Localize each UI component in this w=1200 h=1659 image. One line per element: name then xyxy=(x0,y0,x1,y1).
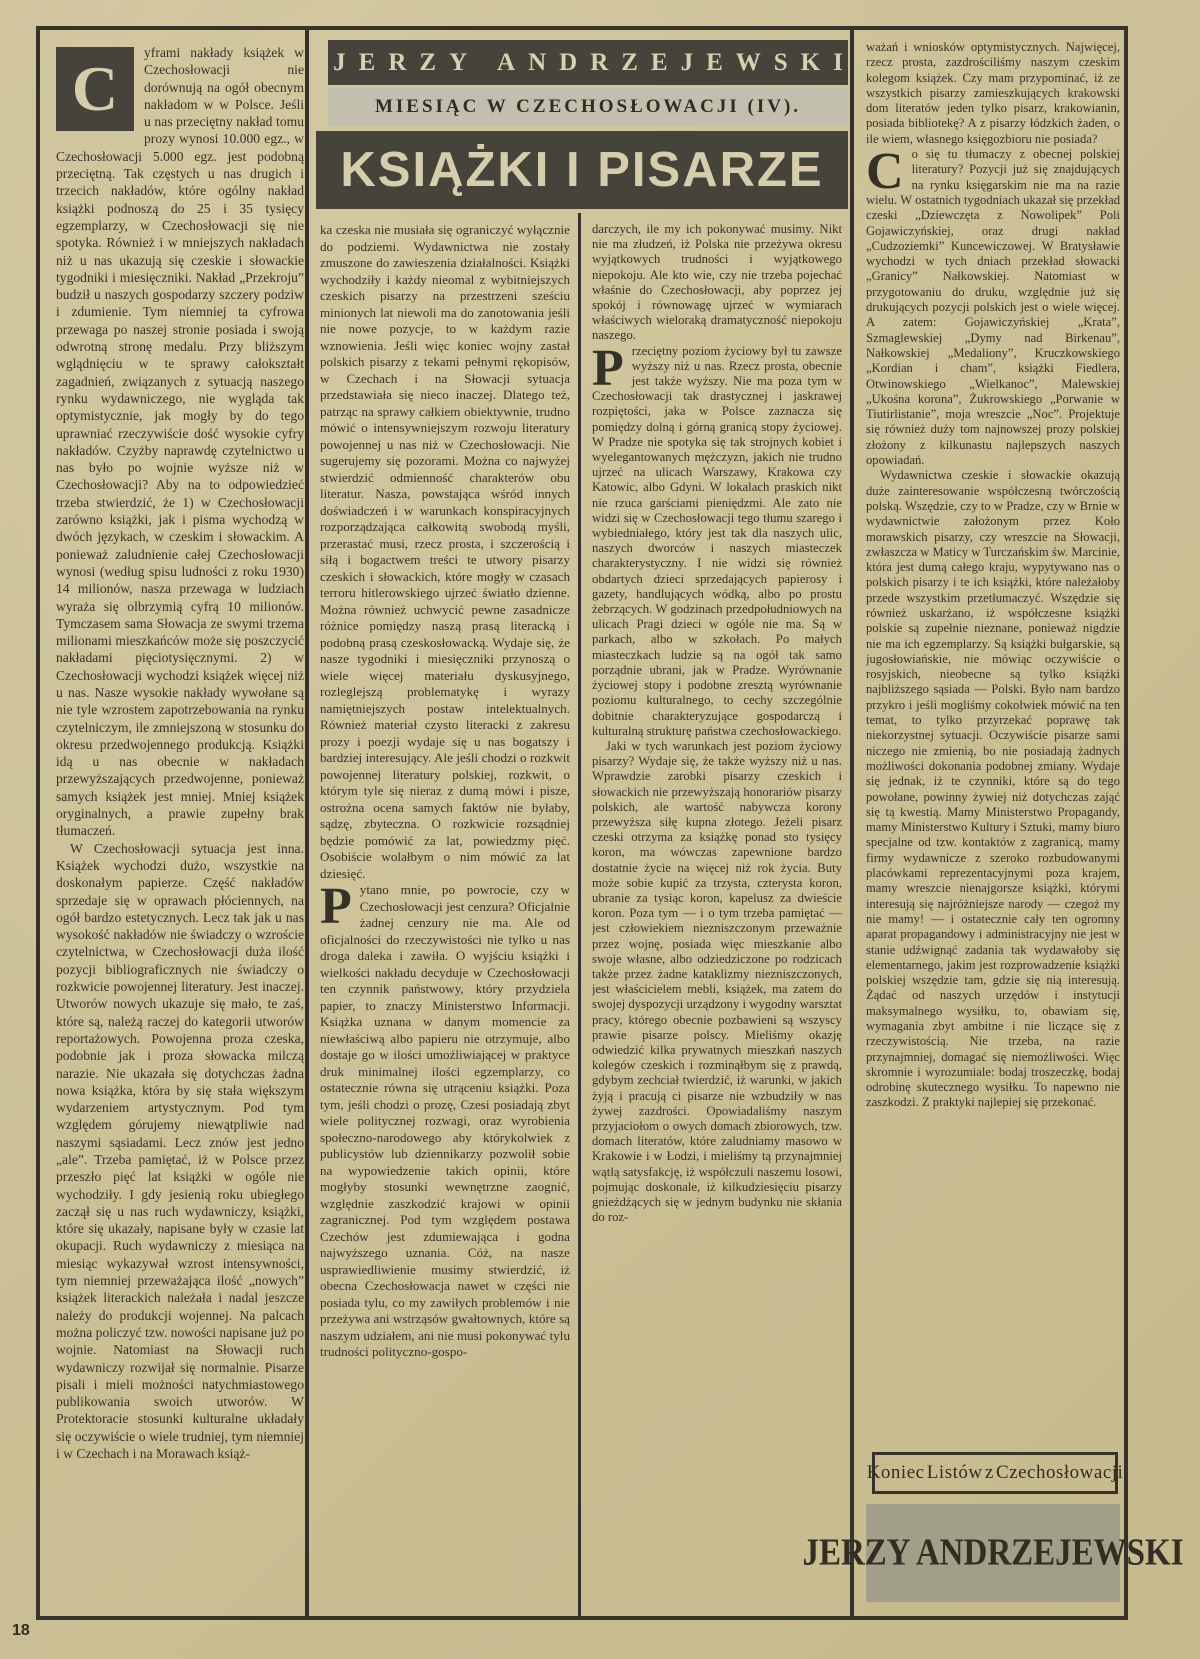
signature-box: JERZY ANDRZEJEWSKI xyxy=(866,1504,1120,1602)
paragraph-text: yframi nakłady książek w Czechosłowacji … xyxy=(56,45,304,838)
paragraph: ważań i wniosków optymistycznych. Najwię… xyxy=(866,40,1120,147)
paragraph: Wydawnictwa czeskie i słowackie okazują … xyxy=(866,468,1120,1110)
column-2: ka czeska nie musiała się ograniczyć wył… xyxy=(320,222,570,1608)
paragraph-text: rzeciętny poziom życiowy był tu zawsze w… xyxy=(592,344,842,738)
masthead-author: JERZY ANDRZEJEWSKI xyxy=(320,49,856,77)
paragraph: W Czechosłowacji sytuacja jest inna. Ksi… xyxy=(56,840,304,1463)
masthead-author-band: JERZY ANDRZEJEWSKI xyxy=(328,40,848,85)
paragraph: darczych, ile my ich pokonywać musimy. N… xyxy=(592,222,842,344)
end-note-box: Koniec Listów z Czechosłowacji xyxy=(872,1452,1118,1494)
masthead-series-band: MIESIĄC W CZECHOSŁOWACJI (IV). xyxy=(328,88,848,126)
paragraph-text: ka czeska nie musiała się ograniczyć wył… xyxy=(320,222,570,881)
paragraph-text: Wydawnictwa czeskie i słowackie okazują … xyxy=(866,468,1120,1109)
column-rule-2 xyxy=(578,213,581,1620)
paragraph: Cyframi nakłady książek w Czechosłowacji… xyxy=(56,44,304,840)
paragraph: ka czeska nie musiała się ograniczyć wył… xyxy=(320,222,570,882)
column-3: darczych, ile my ich pokonywać musimy. N… xyxy=(592,222,842,1608)
paragraph-text: Jaki w tych warunkach jest poziom życiow… xyxy=(592,739,842,1224)
article-title: KSIĄŻKI I PISARZE xyxy=(340,142,823,198)
dropcap-initial: C xyxy=(56,47,134,131)
column-rule-3 xyxy=(850,26,854,1620)
column-4: ważań i wniosków optymistycznych. Najwię… xyxy=(866,40,1120,1448)
dropcap-initial: C xyxy=(866,152,904,192)
masthead-title-band: KSIĄŻKI I PISARZE xyxy=(316,131,848,209)
dropcap-initial: P xyxy=(592,349,624,389)
dropcap-initial: P xyxy=(320,887,352,927)
paragraph: Jaki w tych warunkach jest poziom życiow… xyxy=(592,739,842,1226)
signature-text: JERZY ANDRZEJEWSKI xyxy=(802,1532,1183,1575)
paragraph: Co się tu tłumaczy z obecnej polskiej li… xyxy=(866,147,1120,468)
column-1: Cyframi nakłady książek w Czechosłowacji… xyxy=(56,44,304,1606)
end-note-text: Koniec Listów z Czechosłowacji xyxy=(867,1462,1124,1484)
column-rule-1 xyxy=(305,26,309,1620)
paragraph-text: ytano mnie, po powrocie, czy w Czechosło… xyxy=(320,882,570,1359)
newspaper-page: JERZY ANDRZEJEWSKI MIESIĄC W CZECHOSŁOWA… xyxy=(0,0,1200,1659)
paragraph-text: ważań i wniosków optymistycznych. Najwię… xyxy=(866,40,1120,146)
paragraph-text: W Czechosłowacji sytuacja jest inna. Ksi… xyxy=(56,841,304,1461)
paragraph: Pytano mnie, po powrocie, czy w Czechosł… xyxy=(320,882,570,1361)
masthead-series: MIESIĄC W CZECHOSŁOWACJI (IV). xyxy=(375,96,801,118)
page-number: 18 xyxy=(12,1622,30,1640)
paragraph-text: o się tu tłumaczy z obecnej polskiej lit… xyxy=(866,147,1120,467)
paragraph-text: darczych, ile my ich pokonywać musimy. N… xyxy=(592,222,842,342)
paragraph: Przeciętny poziom życiowy był tu zawsze … xyxy=(592,344,842,739)
